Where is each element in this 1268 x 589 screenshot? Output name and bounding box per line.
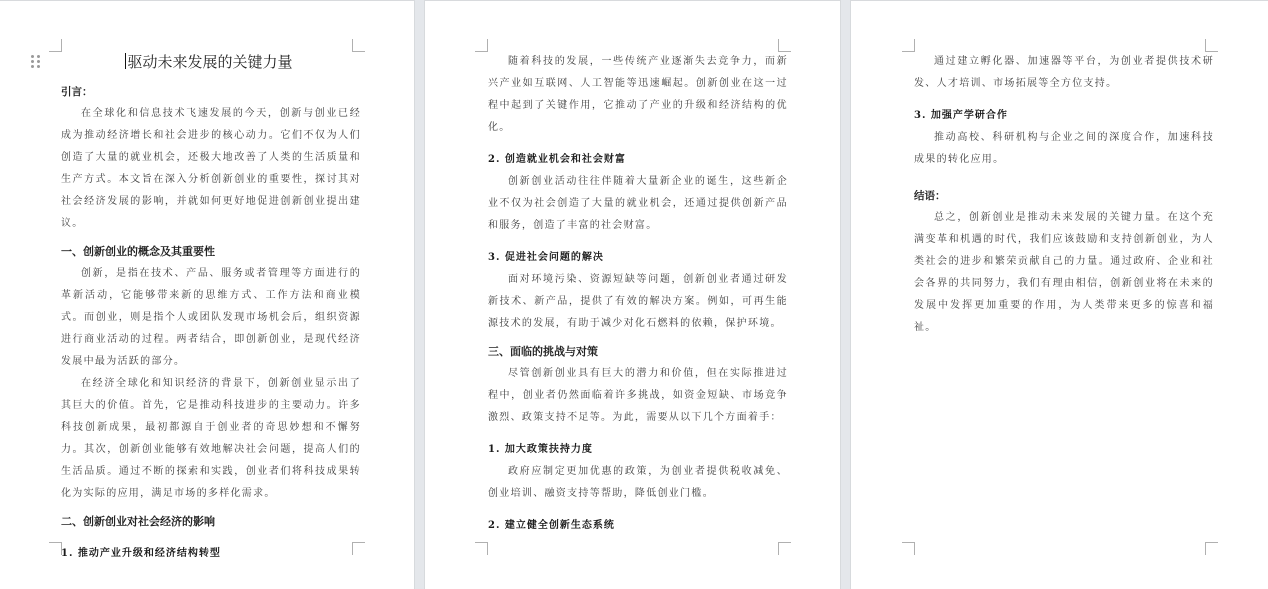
subsection-heading[interactable]: 2. 创造就业机会和社会财富 bbox=[488, 149, 788, 171]
subsection-heading[interactable]: 3. 加强产学研合作 bbox=[914, 105, 1214, 127]
page-content[interactable]: 通过建立孵化器、加速器等平台，为创业者提供技术研发、人才培训、市场拓展等全方位支… bbox=[914, 51, 1214, 339]
subsection-heading[interactable]: 1. 推动产业升级和经济结构转型 bbox=[61, 543, 361, 565]
section-heading[interactable]: 一、创新创业的概念及其重要性 bbox=[61, 241, 361, 263]
page-gap bbox=[414, 0, 425, 589]
section-heading[interactable]: 二、创新创业对社会经济的影响 bbox=[61, 511, 361, 533]
margin-corner-top-left bbox=[475, 39, 488, 52]
label-heading[interactable]: 引言： bbox=[61, 81, 361, 103]
body-paragraph[interactable]: 随着科技的发展，一些传统产业逐渐失去竞争力，而新兴产业如互联网、人工智能等迅速崛… bbox=[488, 51, 788, 139]
section-heading[interactable]: 三、面临的挑战与对策 bbox=[488, 341, 788, 363]
margin-corner-bottom-right bbox=[1205, 542, 1218, 555]
document-page-2[interactable]: 随着科技的发展，一些传统产业逐渐失去竞争力，而新兴产业如互联网、人工智能等迅速崛… bbox=[425, 0, 840, 589]
margin-corner-bottom-left bbox=[902, 542, 915, 555]
subsection-heading[interactable]: 1. 加大政策扶持力度 bbox=[488, 439, 788, 461]
body-paragraph[interactable]: 通过建立孵化器、加速器等平台，为创业者提供技术研发、人才培训、市场拓展等全方位支… bbox=[914, 51, 1214, 95]
page-content[interactable]: 驱动未来发展的关键力量 引言：在全球化和信息技术飞速发展的今天，创新与创业已经成… bbox=[61, 49, 361, 565]
body-paragraph[interactable]: 尽管创新创业具有巨大的潜力和价值，但在实际推进过程中，创业者仍然面临着许多挑战，… bbox=[488, 363, 788, 429]
body-paragraph[interactable]: 创新，是指在技术、产品、服务或者管理等方面进行的革新活动，它能够带来新的思维方式… bbox=[61, 263, 361, 373]
label-heading[interactable]: 结语： bbox=[914, 185, 1214, 207]
page-gap bbox=[840, 0, 851, 589]
document-title[interactable]: 驱动未来发展的关键力量 bbox=[57, 49, 361, 77]
page-content[interactable]: 随着科技的发展，一些传统产业逐渐失去竞争力，而新兴产业如互联网、人工智能等迅速崛… bbox=[488, 51, 788, 537]
body-paragraph[interactable]: 面对环境污染、资源短缺等问题，创新创业者通过研发新技术、新产品，提供了有效的解决… bbox=[488, 269, 788, 335]
margin-corner-bottom-right bbox=[778, 542, 791, 555]
body-paragraph[interactable]: 在全球化和信息技术飞速发展的今天，创新与创业已经成为推动经济增长和社会进步的核心… bbox=[61, 103, 361, 235]
margin-corner-bottom-left bbox=[475, 542, 488, 555]
document-page-3[interactable]: 通过建立孵化器、加速器等平台，为创业者提供技术研发、人才培训、市场拓展等全方位支… bbox=[851, 0, 1268, 589]
body-paragraph[interactable]: 创新创业活动往往伴随着大量新企业的诞生，这些新企业不仅为社会创造了大量的就业机会… bbox=[488, 171, 788, 237]
body-paragraph[interactable]: 政府应制定更加优惠的政策，为创业者提供税收减免、创业培训、融资支持等帮助，降低创… bbox=[488, 461, 788, 505]
body-paragraph[interactable]: 总之，创新创业是推动未来发展的关键力量。在这个充满变革和机遇的时代，我们应该鼓励… bbox=[914, 207, 1214, 339]
body-paragraph[interactable]: 推动高校、科研机构与企业之间的深度合作，加速科技成果的转化应用。 bbox=[914, 127, 1214, 171]
body-paragraph[interactable]: 在经济全球化和知识经济的背景下，创新创业显示出了其巨大的价值。首先，它是推动科技… bbox=[61, 373, 361, 505]
subsection-heading[interactable]: 3. 促进社会问题的解决 bbox=[488, 247, 788, 269]
drag-handle-icon[interactable] bbox=[31, 55, 41, 69]
document-page-1[interactable]: 驱动未来发展的关键力量 引言：在全球化和信息技术飞速发展的今天，创新与创业已经成… bbox=[0, 0, 414, 589]
subsection-heading[interactable]: 2. 建立健全创新生态系统 bbox=[488, 515, 788, 537]
